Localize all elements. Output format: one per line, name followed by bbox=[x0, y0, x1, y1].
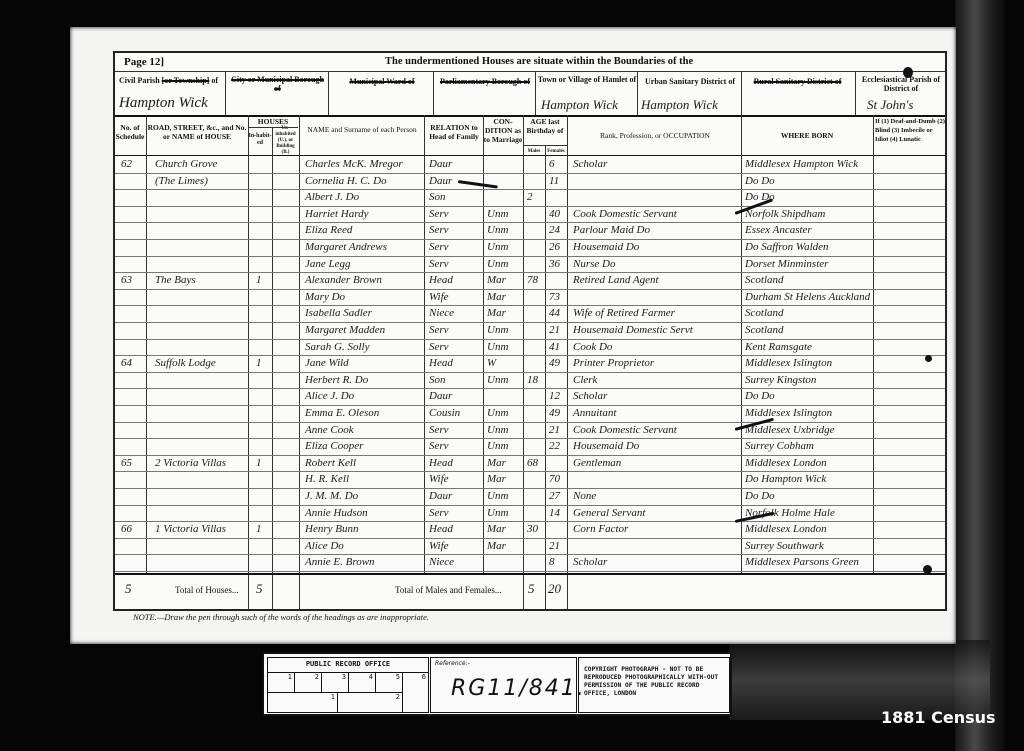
age-female: 24 bbox=[549, 222, 567, 239]
office-title: PUBLIC RECORD OFFICE bbox=[268, 660, 428, 668]
relation: Daur bbox=[429, 488, 483, 505]
occupation bbox=[573, 189, 739, 206]
where-born: Kent Ramsgate bbox=[745, 339, 871, 356]
schedule-no: 62 bbox=[121, 156, 145, 173]
civil-parish-value: Hampton Wick bbox=[119, 95, 208, 112]
age-male: 30 bbox=[527, 521, 545, 538]
where-born: Middlesex Islington bbox=[745, 355, 871, 372]
age-male bbox=[527, 156, 545, 173]
age-female: 11 bbox=[549, 173, 567, 190]
where-born: Middlesex Parsons Green bbox=[745, 554, 871, 571]
road-name bbox=[155, 471, 247, 488]
relation: Serv bbox=[429, 206, 483, 223]
age-male bbox=[527, 322, 545, 339]
age-male bbox=[527, 339, 545, 356]
schedule-no bbox=[121, 206, 145, 223]
road-name bbox=[155, 405, 247, 422]
age-female bbox=[549, 189, 567, 206]
age-female: 8 bbox=[549, 554, 567, 571]
condition: W bbox=[487, 355, 523, 372]
condition bbox=[487, 156, 523, 173]
occupation: Cook Domestic Servant bbox=[573, 422, 739, 439]
occupation: Retired Land Agent bbox=[573, 272, 739, 289]
person-name: Margaret Madden bbox=[305, 322, 423, 339]
inhabited: 1 bbox=[256, 521, 270, 538]
relation: Cousin bbox=[429, 405, 483, 422]
road-name bbox=[155, 339, 247, 356]
age-female: 36 bbox=[549, 256, 567, 273]
road-name bbox=[155, 289, 247, 306]
occupation: Housemaid Do bbox=[573, 239, 739, 256]
relation: Serv bbox=[429, 322, 483, 339]
ecclesiastical-value: St John's bbox=[867, 97, 913, 113]
where-born: Do Do bbox=[745, 173, 871, 190]
col-age: AGE last Birthday of bbox=[523, 117, 567, 135]
schedule-no bbox=[121, 405, 145, 422]
col-uninhabited: Un-inhabited (U.), or Building (B.) bbox=[273, 126, 298, 156]
inhabited: 1 bbox=[256, 355, 270, 372]
where-born: Do Hampton Wick bbox=[745, 471, 871, 488]
person-name: Robert Kell bbox=[305, 455, 423, 472]
col-road: ROAD, STREET, &c., and No. or NAME of HO… bbox=[147, 123, 247, 141]
record-office-stamp: PUBLIC RECORD OFFICE 1 2 3 4 5 6 1 2 Ref… bbox=[262, 652, 732, 716]
inhabited bbox=[256, 388, 270, 405]
condition: Unm bbox=[487, 488, 523, 505]
municipal-ward-label: Municipal Ward of bbox=[333, 77, 431, 86]
age-female: 44 bbox=[549, 305, 567, 322]
copyright-text: COPYRIGHT PHOTOGRAPH - NOT TO BE REPRODU… bbox=[584, 666, 724, 698]
schedule-no: 65 bbox=[121, 455, 145, 472]
condition: Unm bbox=[487, 222, 523, 239]
condition bbox=[487, 554, 523, 571]
reference-label: Reference:- bbox=[435, 660, 470, 667]
age-female: 21 bbox=[549, 422, 567, 439]
inhabited bbox=[256, 471, 270, 488]
watermark: 1881 Census bbox=[881, 708, 996, 727]
age-female bbox=[549, 455, 567, 472]
condition: Unm bbox=[487, 372, 523, 389]
person-name: J. M. M. Do bbox=[305, 488, 423, 505]
age-male bbox=[527, 554, 545, 571]
total-houses-inhabited: 5 bbox=[256, 581, 263, 597]
schedule-no bbox=[121, 239, 145, 256]
relation: Daur bbox=[429, 156, 483, 173]
office-ruler: PUBLIC RECORD OFFICE 1 2 3 4 5 6 1 2 bbox=[267, 657, 429, 713]
occupation: Cook Do bbox=[573, 339, 739, 356]
person-name: H. R. Kell bbox=[305, 471, 423, 488]
road-name: 1 Victoria Villas bbox=[155, 521, 247, 538]
schedule-no bbox=[121, 538, 145, 555]
road-name bbox=[155, 372, 247, 389]
relation: Serv bbox=[429, 222, 483, 239]
schedule-no bbox=[121, 438, 145, 455]
inhabited bbox=[256, 488, 270, 505]
schedule-no bbox=[121, 305, 145, 322]
where-born: Surrey Southwark bbox=[745, 538, 871, 555]
person-name: Anne Cook bbox=[305, 422, 423, 439]
inhabited: 1 bbox=[256, 272, 270, 289]
town-village-label: Town or Village of Hamlet of bbox=[537, 75, 637, 84]
where-born: Norfolk Shipdham bbox=[745, 206, 871, 223]
inhabited bbox=[256, 173, 270, 190]
inhabited bbox=[256, 305, 270, 322]
age-male: 68 bbox=[527, 455, 545, 472]
occupation bbox=[573, 289, 739, 306]
inhabited bbox=[256, 339, 270, 356]
where-born: Middlesex Hampton Wick bbox=[745, 156, 871, 173]
reference-box: Reference:- RG11/841. bbox=[430, 657, 577, 713]
relation: Head bbox=[429, 272, 483, 289]
where-born: Surrey Kingston bbox=[745, 372, 871, 389]
col-occupation: Rank, Profession, or OCCUPATION bbox=[570, 131, 740, 140]
page-title: The undermentioned Houses are situate wi… bbox=[385, 56, 693, 67]
road-name bbox=[155, 305, 247, 322]
relation: Niece bbox=[429, 554, 483, 571]
person-name: Alice J. Do bbox=[305, 388, 423, 405]
relation: Wife bbox=[429, 471, 483, 488]
road-name bbox=[155, 206, 247, 223]
road-name: 2 Victoria Villas bbox=[155, 455, 247, 472]
age-male bbox=[527, 256, 545, 273]
road-name bbox=[155, 189, 247, 206]
occupation: Wife of Retired Farmer bbox=[573, 305, 739, 322]
inhabited bbox=[256, 322, 270, 339]
schedule-no bbox=[121, 173, 145, 190]
where-born: Do Do bbox=[745, 388, 871, 405]
age-female bbox=[549, 372, 567, 389]
where-born: Essex Ancaster bbox=[745, 222, 871, 239]
age-male: 2 bbox=[527, 189, 545, 206]
condition: Unm bbox=[487, 505, 523, 522]
road-name bbox=[155, 422, 247, 439]
schedule-no bbox=[121, 289, 145, 306]
road-name: Church Grove bbox=[155, 156, 247, 173]
road-name bbox=[155, 505, 247, 522]
where-born: Middlesex Uxbridge bbox=[745, 422, 871, 439]
inhabited bbox=[256, 505, 270, 522]
col-relation: RELATION to Head of Family bbox=[425, 123, 483, 141]
road-name bbox=[155, 554, 247, 571]
urban-sanitary-label: Urban Sanitary District of bbox=[639, 77, 741, 86]
where-born: Durham St Helens Auckland bbox=[745, 289, 871, 306]
condition: Mar bbox=[487, 538, 523, 555]
where-born: Scotland bbox=[745, 272, 871, 289]
municipal-borough-label: City or Municipal Borough of bbox=[230, 75, 325, 93]
age-male: 78 bbox=[527, 272, 545, 289]
ruler-mark: 5 bbox=[376, 672, 403, 692]
schedule-no: 63 bbox=[121, 272, 145, 289]
ruler-mark: 2 bbox=[295, 672, 322, 692]
where-born: Middlesex London bbox=[745, 521, 871, 538]
person-name: Alice Do bbox=[305, 538, 423, 555]
col-infirmity: If (1) Deaf-and-Dumb (2) Blind (3) Imbec… bbox=[875, 117, 945, 144]
person-name: Albert J. Do bbox=[305, 189, 423, 206]
age-female: 49 bbox=[549, 405, 567, 422]
relation: Head bbox=[429, 521, 483, 538]
road-name bbox=[155, 488, 247, 505]
road-name bbox=[155, 222, 247, 239]
age-male bbox=[527, 422, 545, 439]
inhabited bbox=[256, 256, 270, 273]
age-female: 12 bbox=[549, 388, 567, 405]
condition: Unm bbox=[487, 206, 523, 223]
inhabited bbox=[256, 206, 270, 223]
census-form: Page 12] The undermentioned Houses are s… bbox=[113, 51, 947, 611]
person-name: Henry Bunn bbox=[305, 521, 423, 538]
person-name: Isabella Sadler bbox=[305, 305, 423, 322]
relation: Serv bbox=[429, 239, 483, 256]
person-name: Eliza Reed bbox=[305, 222, 423, 239]
occupation: Gentleman bbox=[573, 455, 739, 472]
schedule-no bbox=[121, 189, 145, 206]
person-name: Annie Hudson bbox=[305, 505, 423, 522]
road-name bbox=[155, 256, 247, 273]
occupation: Printer Proprietor bbox=[573, 355, 739, 372]
occupation bbox=[573, 538, 739, 555]
age-female: 6 bbox=[549, 156, 567, 173]
age-male bbox=[527, 471, 545, 488]
ink-blot bbox=[903, 67, 913, 78]
where-born: Scotland bbox=[745, 322, 871, 339]
age-male bbox=[527, 305, 545, 322]
inhabited bbox=[256, 438, 270, 455]
condition: Unm bbox=[487, 322, 523, 339]
road-name: The Bays bbox=[155, 272, 247, 289]
copyright-box: COPYRIGHT PHOTOGRAPH - NOT TO BE REPRODU… bbox=[578, 657, 730, 713]
age-female: 70 bbox=[549, 471, 567, 488]
occupation: None bbox=[573, 488, 739, 505]
age-female: 49 bbox=[549, 355, 567, 372]
age-male bbox=[527, 206, 545, 223]
ecclesiastical-label: Ecclesiastical Parish of District of bbox=[857, 75, 945, 93]
where-born: Do Do bbox=[745, 488, 871, 505]
age-female: 27 bbox=[549, 488, 567, 505]
age-male bbox=[527, 173, 545, 190]
person-name: Alexander Brown bbox=[305, 272, 423, 289]
total-males: 5 bbox=[528, 581, 535, 597]
relation: Head bbox=[429, 355, 483, 372]
person-name: Jane Legg bbox=[305, 256, 423, 273]
occupation: Scholar bbox=[573, 554, 739, 571]
col-where-born: WHERE BORN bbox=[742, 131, 872, 140]
schedule-no bbox=[121, 322, 145, 339]
total-houses-label: Total of Houses... bbox=[175, 585, 239, 595]
ruler-mark: 4 bbox=[349, 672, 376, 692]
occupation: Corn Factor bbox=[573, 521, 739, 538]
inhabited: 1 bbox=[256, 455, 270, 472]
age-male bbox=[527, 289, 545, 306]
civil-parish-label: Civil Parish [or Township] of bbox=[119, 76, 218, 85]
ruler-mark: 1 bbox=[268, 692, 338, 712]
age-female: 21 bbox=[549, 538, 567, 555]
town-village-value: Hampton Wick bbox=[541, 97, 618, 113]
age-male bbox=[527, 222, 545, 239]
age-female: 14 bbox=[549, 505, 567, 522]
person-name: Annie E. Brown bbox=[305, 554, 423, 571]
person-name: Eliza Cooper bbox=[305, 438, 423, 455]
person-name: Margaret Andrews bbox=[305, 239, 423, 256]
condition: Mar bbox=[487, 289, 523, 306]
condition: Mar bbox=[487, 305, 523, 322]
condition: Mar bbox=[487, 521, 523, 538]
schedule-no bbox=[121, 372, 145, 389]
total-schedules: 5 bbox=[125, 581, 132, 597]
age-male bbox=[527, 505, 545, 522]
occupation: General Servant bbox=[573, 505, 739, 522]
total-persons-label: Total of Males and Females... bbox=[395, 585, 502, 595]
road-name bbox=[155, 438, 247, 455]
age-female: 73 bbox=[549, 289, 567, 306]
age-female: 41 bbox=[549, 339, 567, 356]
relation: Serv bbox=[429, 256, 483, 273]
condition: Mar bbox=[487, 455, 523, 472]
schedule-no: 66 bbox=[121, 521, 145, 538]
col-name: NAME and Surname of each Person bbox=[301, 125, 423, 134]
age-male bbox=[527, 388, 545, 405]
occupation: Annuitant bbox=[573, 405, 739, 422]
schedule-no bbox=[121, 339, 145, 356]
age-male bbox=[527, 405, 545, 422]
age-female: 26 bbox=[549, 239, 567, 256]
occupation: Cook Domestic Servant bbox=[573, 206, 739, 223]
road-name: Suffolk Lodge bbox=[155, 355, 247, 372]
inhabited bbox=[256, 422, 270, 439]
relation: Wife bbox=[429, 538, 483, 555]
relation: Daur bbox=[429, 173, 483, 190]
relation: Daur bbox=[429, 388, 483, 405]
person-name: Cornelia H. C. Do bbox=[305, 173, 423, 190]
reference-value: RG11/841. bbox=[451, 676, 586, 701]
inhabited bbox=[256, 538, 270, 555]
road-name bbox=[155, 538, 247, 555]
condition: Unm bbox=[487, 239, 523, 256]
scan-edge-right bbox=[955, 0, 1005, 751]
age-male: 18 bbox=[527, 372, 545, 389]
occupation bbox=[573, 173, 739, 190]
age-male bbox=[527, 488, 545, 505]
total-females: 20 bbox=[548, 581, 561, 597]
col-inhabited: In-habit-ed bbox=[248, 133, 272, 147]
person-name: Sarah G. Solly bbox=[305, 339, 423, 356]
col-schedule: No. of Schedule bbox=[115, 123, 145, 141]
inhabited bbox=[256, 189, 270, 206]
urban-sanitary-value: Hampton Wick bbox=[641, 97, 718, 113]
inhabited bbox=[256, 289, 270, 306]
col-houses: HOUSES bbox=[248, 117, 298, 126]
inhabited bbox=[256, 554, 270, 571]
condition: Mar bbox=[487, 471, 523, 488]
occupation: Housemaid Do bbox=[573, 438, 739, 455]
road-name bbox=[155, 322, 247, 339]
schedule-no: 64 bbox=[121, 355, 145, 372]
schedule-no bbox=[121, 222, 145, 239]
road-name bbox=[155, 388, 247, 405]
age-male bbox=[527, 438, 545, 455]
schedule-no bbox=[121, 388, 145, 405]
age-female: 22 bbox=[549, 438, 567, 455]
col-condition: CON-DITION as to Marriage bbox=[483, 117, 523, 144]
relation: Serv bbox=[429, 339, 483, 356]
where-born: Dorset Minminster bbox=[745, 256, 871, 273]
relation: Niece bbox=[429, 305, 483, 322]
age-male bbox=[527, 538, 545, 555]
rural-sanitary-label: Rural Sanitary District of bbox=[745, 77, 850, 86]
footer-note: NOTE.—Draw the pen through such of the w… bbox=[133, 612, 429, 622]
ink-blot bbox=[923, 565, 932, 574]
person-name: Mary Do bbox=[305, 289, 423, 306]
inhabited bbox=[256, 239, 270, 256]
condition: Unm bbox=[487, 256, 523, 273]
schedule-no bbox=[121, 488, 145, 505]
ruler-mark: 2 bbox=[338, 692, 403, 712]
age-female bbox=[549, 272, 567, 289]
condition: Unm bbox=[487, 438, 523, 455]
age-male bbox=[527, 239, 545, 256]
occupation: Scholar bbox=[573, 156, 739, 173]
age-female bbox=[549, 521, 567, 538]
where-born: Surrey Cobham bbox=[745, 438, 871, 455]
page-label: Page 12] bbox=[124, 56, 164, 68]
parliamentary-borough-label: Parliamentary Borough of bbox=[435, 77, 535, 86]
occupation bbox=[573, 471, 739, 488]
where-born: Scotland bbox=[745, 305, 871, 322]
occupation: Housemaid Domestic Servt bbox=[573, 322, 739, 339]
person-name: Harriet Hardy bbox=[305, 206, 423, 223]
ruler-mark: 6 bbox=[403, 672, 428, 692]
relation: Son bbox=[429, 372, 483, 389]
person-name: Herbert R. Do bbox=[305, 372, 423, 389]
condition bbox=[487, 388, 523, 405]
age-female: 21 bbox=[549, 322, 567, 339]
occupation: Scholar bbox=[573, 388, 739, 405]
inhabited bbox=[256, 222, 270, 239]
schedule-no bbox=[121, 256, 145, 273]
condition bbox=[487, 189, 523, 206]
condition: Mar bbox=[487, 272, 523, 289]
inhabited bbox=[256, 405, 270, 422]
occupation: Clerk bbox=[573, 372, 739, 389]
where-born: Middlesex London bbox=[745, 455, 871, 472]
inhabited bbox=[256, 372, 270, 389]
relation: Son bbox=[429, 189, 483, 206]
relation: Serv bbox=[429, 422, 483, 439]
condition: Unm bbox=[487, 405, 523, 422]
schedule-no bbox=[121, 422, 145, 439]
road-name: (The Limes) bbox=[155, 173, 247, 190]
person-name: Jane Wild bbox=[305, 355, 423, 372]
relation: Serv bbox=[429, 438, 483, 455]
occupation: Nurse Do bbox=[573, 256, 739, 273]
road-name bbox=[155, 239, 247, 256]
condition: Unm bbox=[487, 422, 523, 439]
inhabited bbox=[256, 156, 270, 173]
age-female: 40 bbox=[549, 206, 567, 223]
relation: Head bbox=[429, 455, 483, 472]
ink-blot bbox=[925, 355, 932, 362]
relation: Serv bbox=[429, 505, 483, 522]
condition: Unm bbox=[487, 339, 523, 356]
where-born: Do Saffron Walden bbox=[745, 239, 871, 256]
ruler-mark: 1 bbox=[268, 672, 295, 692]
relation: Wife bbox=[429, 289, 483, 306]
schedule-no bbox=[121, 554, 145, 571]
schedule-no bbox=[121, 471, 145, 488]
occupation: Parlour Maid Do bbox=[573, 222, 739, 239]
age-male bbox=[527, 355, 545, 372]
ruler-mark: 3 bbox=[322, 672, 349, 692]
person-name: Charles McK. Mregor bbox=[305, 156, 423, 173]
schedule-no bbox=[121, 505, 145, 522]
